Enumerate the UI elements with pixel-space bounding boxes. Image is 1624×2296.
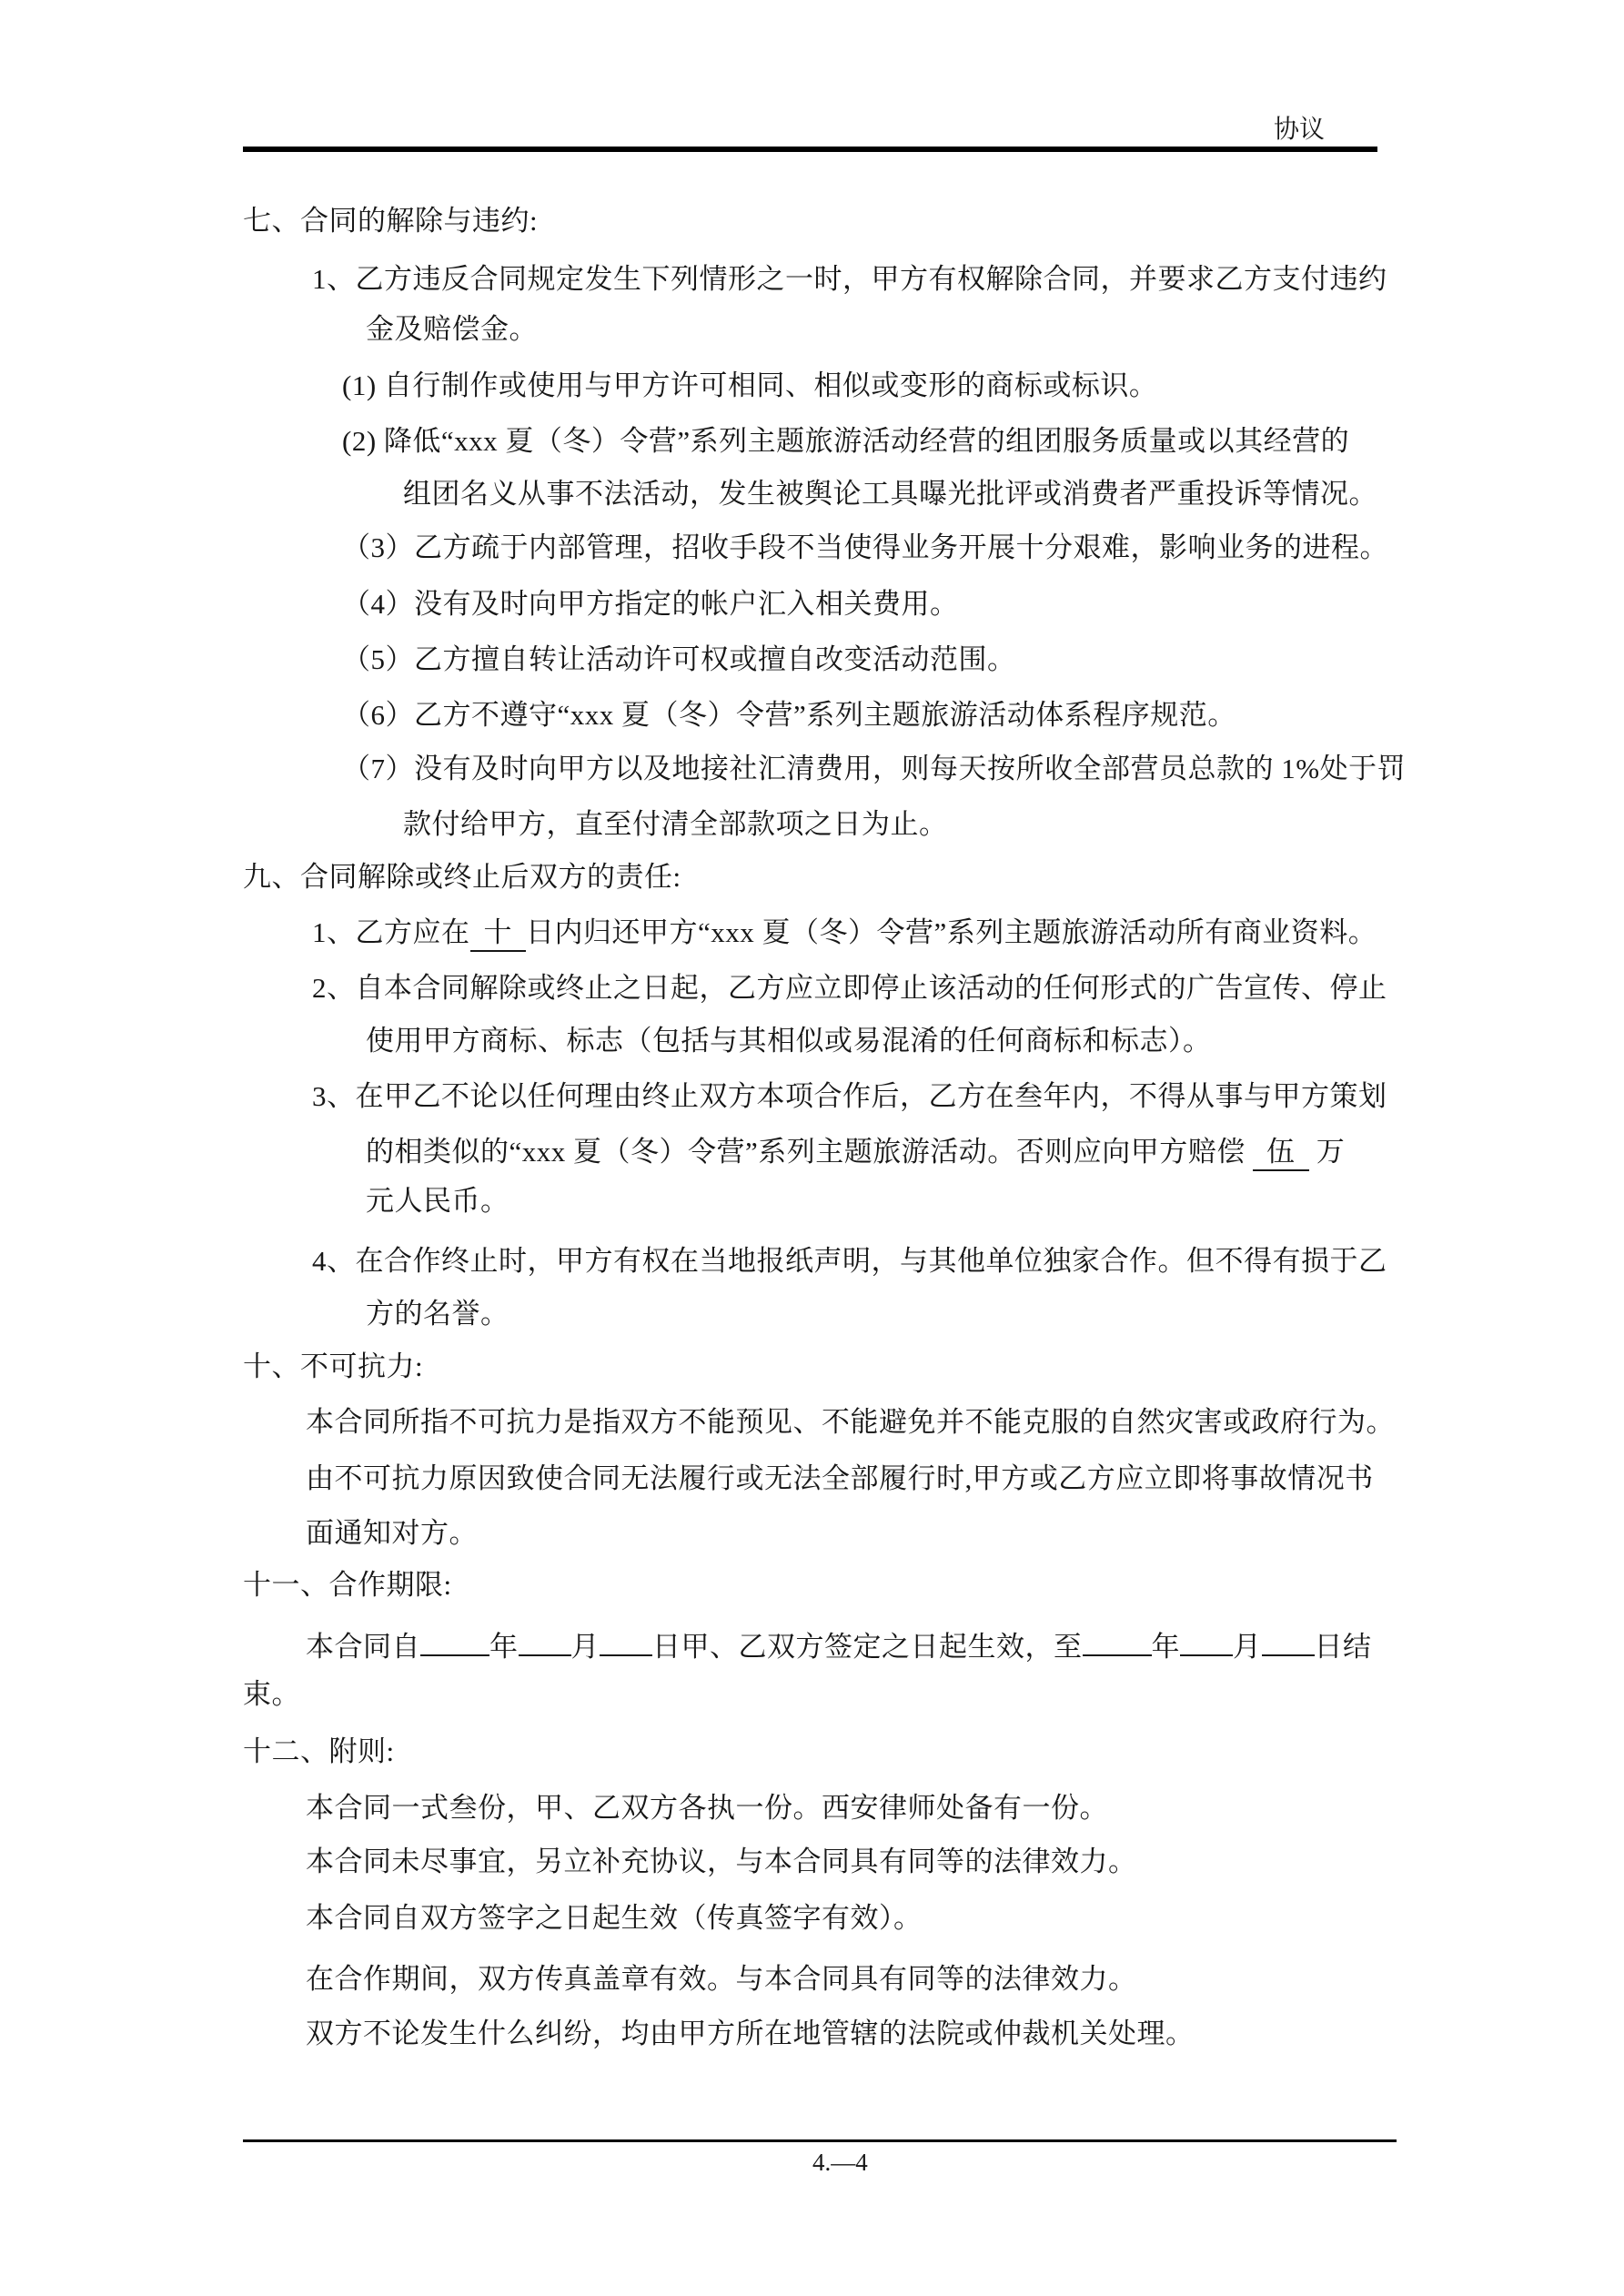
- fill-in-blank: [1083, 1627, 1152, 1656]
- line-segment: 十一、合作期限:: [243, 1569, 452, 1601]
- line-segment: 元人民币。: [366, 1185, 509, 1217]
- document-line: 本合同自双方签字之日起生效（传真签字有效）。: [306, 1901, 923, 1936]
- document-line: 使用甲方商标、标志（包括与其相似或易混淆的任何商标和标志）。: [366, 1024, 1212, 1058]
- document-line: 2、自本合同解除或终止之日起，乙方应立即停止该活动的任何形式的广告宣传、停止: [312, 971, 1387, 1006]
- line-segment: 双方不论发生什么纠纷，均由甲方所在地管辖的法院或仲裁机关处理。: [306, 2018, 1195, 2049]
- line-segment: 十、不可抗力:: [243, 1350, 423, 1382]
- line-segment: 九、合同解除或终止后双方的责任:: [243, 861, 681, 893]
- document-line: 款付给甲方，直至付清全部款项之日为止。: [403, 807, 948, 842]
- line-segment: （6）乙方不遵守“xxx 夏（冬）令营”系列主题旅游活动体系程序规范。: [342, 699, 1236, 731]
- line-segment: 万: [1309, 1136, 1346, 1168]
- document-line: 本合同未尽事宜，另立补充协议，与本合同具有同等的法律效力。: [306, 1845, 1137, 1879]
- document-line: 本合同一式叁份，甲、乙双方各执一份。西安律师处备有一份。: [306, 1791, 1108, 1826]
- line-segment: 本合同自双方签字之日起生效（传真签字有效）。: [306, 1902, 923, 1934]
- line-segment: 面通知对方。: [306, 1517, 478, 1549]
- line-segment: 的相类似的“xxx 夏（冬）令营”系列主题旅游活动。否则应向甲方赔偿: [366, 1136, 1253, 1168]
- document-line: （6）乙方不遵守“xxx 夏（冬）令营”系列主题旅游活动体系程序规范。: [342, 698, 1236, 733]
- line-segment: 金及赔偿金。: [366, 313, 538, 345]
- document-line: （5）乙方擅自转让活动许可权或擅自改变活动范围。: [342, 642, 1016, 677]
- line-segment: 本合同所指不可抗力是指双方不能预见、不能避免并不能克服的自然灾害或政府行为。: [306, 1406, 1395, 1438]
- line-segment: 由不可抗力原因致使合同无法履行或无法全部履行时,甲方或乙方应立即将事故情况书: [306, 1462, 1374, 1494]
- document-line: 组团名义从事不法活动，发生被舆论工具曝光批评或消费者严重投诉等情况。: [403, 477, 1377, 511]
- document-line: 双方不论发生什么纠纷，均由甲方所在地管辖的法院或仲裁机关处理。: [306, 2017, 1195, 2051]
- line-segment: 3、在甲乙不论以任何理由终止双方本项合作后，乙方在叁年内，不得从事与甲方策划: [312, 1080, 1387, 1112]
- line-segment: 束。: [243, 1678, 300, 1710]
- line-segment: （5）乙方擅自转让活动许可权或擅自改变活动范围。: [342, 643, 1016, 675]
- line-segment: 七、合同的解除与违约:: [243, 205, 538, 237]
- document-line: 由不可抗力原因致使合同无法履行或无法全部履行时,甲方或乙方应立即将事故情况书: [306, 1462, 1374, 1496]
- document-line: 在合作期间，双方传真盖章有效。与本合同具有同等的法律效力。: [306, 1962, 1137, 1997]
- document-line: 七、合同的解除与违约:: [243, 204, 538, 238]
- line-segment: (1) 自行制作或使用与甲方许可相同、相似或变形的商标或标识。: [342, 369, 1157, 401]
- underlined-fill-in-value: 十: [470, 915, 527, 952]
- footer-page-number: 4.—4: [812, 2148, 868, 2177]
- footer-rule: [243, 2139, 1397, 2142]
- document-line: （3）乙方疏于内部管理，招收手段不当使得业务开展十分艰难，影响业务的进程。: [342, 531, 1388, 565]
- line-segment: 月: [1233, 1631, 1262, 1663]
- document-line: 十一、合作期限:: [243, 1568, 452, 1603]
- document-line: 束。: [243, 1677, 300, 1712]
- document-line: 1、乙方应在十日内归还甲方“xxx 夏（冬）令营”系列主题旅游活动所有商业资料。: [312, 915, 1377, 952]
- line-segment: 十二、附则:: [243, 1735, 395, 1767]
- line-segment: 年: [489, 1631, 519, 1663]
- document-line: (2) 降低“xxx 夏（冬）令营”系列主题旅游活动经营的组团服务质量或以其经营…: [342, 424, 1349, 459]
- document-line: (1) 自行制作或使用与甲方许可相同、相似或变形的商标或标识。: [342, 369, 1157, 403]
- fill-in-blank: [600, 1627, 652, 1656]
- document-line: （4）没有及时向甲方指定的帐户汇入相关费用。: [342, 587, 959, 622]
- header-rule: [243, 147, 1377, 152]
- line-segment: (2) 降低“xxx 夏（冬）令营”系列主题旅游活动经营的组团服务质量或以其经营…: [342, 425, 1349, 457]
- line-segment: 方的名誉。: [366, 1298, 509, 1330]
- line-segment: 款付给甲方，直至付清全部款项之日为止。: [403, 808, 948, 840]
- line-segment: 使用甲方商标、标志（包括与其相似或易混淆的任何商标和标志）。: [366, 1025, 1212, 1057]
- line-segment: 本合同一式叁份，甲、乙双方各执一份。西安律师处备有一份。: [306, 1792, 1108, 1824]
- document-line: 金及赔偿金。: [366, 312, 538, 347]
- line-segment: 2、自本合同解除或终止之日起，乙方应立即停止该活动的任何形式的广告宣传、停止: [312, 972, 1387, 1004]
- document-line: 1、乙方违反合同规定发生下列情形之一时，甲方有权解除合同，并要求乙方支付违约: [312, 262, 1387, 297]
- line-segment: （4）没有及时向甲方指定的帐户汇入相关费用。: [342, 588, 959, 620]
- line-segment: 日甲、乙双方签定之日起生效，至: [652, 1631, 1083, 1663]
- document-line: 本合同自年月日甲、乙双方签定之日起生效，至年月日结: [306, 1627, 1372, 1664]
- document-line: 元人民币。: [366, 1184, 509, 1219]
- line-segment: 年: [1152, 1631, 1181, 1663]
- document-line: 本合同所指不可抗力是指双方不能预见、不能避免并不能克服的自然灾害或政府行为。: [306, 1405, 1395, 1440]
- line-segment: （7）没有及时向甲方以及地接社汇清费用，则每天按所收全部营员总款的 1%处于罚: [342, 753, 1406, 784]
- fill-in-blank: [519, 1627, 571, 1656]
- document-line: 的相类似的“xxx 夏（冬）令营”系列主题旅游活动。否则应向甲方赔偿 伍 万: [366, 1135, 1345, 1171]
- line-segment: 日结: [1315, 1631, 1372, 1663]
- document-line: 十二、附则:: [243, 1735, 395, 1769]
- line-segment: （3）乙方疏于内部管理，招收手段不当使得业务开展十分艰难，影响业务的进程。: [342, 531, 1388, 563]
- line-segment: 1、乙方违反合同规定发生下列情形之一时，甲方有权解除合同，并要求乙方支付违约: [312, 263, 1387, 295]
- line-segment: 月: [571, 1631, 600, 1663]
- fill-in-blank: [1180, 1627, 1233, 1656]
- fill-in-blank: [420, 1627, 489, 1656]
- contract-page: 协议 七、合同的解除与违约:1、乙方违反合同规定发生下列情形之一时，甲方有权解除…: [0, 0, 1624, 2296]
- line-segment: 日内归还甲方“xxx 夏（冬）令营”系列主题旅游活动所有商业资料。: [526, 916, 1377, 948]
- document-line: 面通知对方。: [306, 1516, 478, 1551]
- line-segment: 4、在合作终止时，甲方有权在当地报纸声明，与其他单位独家合作。但不得有损于乙: [312, 1245, 1387, 1277]
- document-line: （7）没有及时向甲方以及地接社汇清费用，则每天按所收全部营员总款的 1%处于罚: [342, 752, 1406, 786]
- document-line: 九、合同解除或终止后双方的责任:: [243, 860, 681, 895]
- line-segment: 组团名义从事不法活动，发生被舆论工具曝光批评或消费者严重投诉等情况。: [403, 478, 1377, 510]
- fill-in-blank: [1262, 1627, 1315, 1656]
- line-segment: 本合同未尽事宜，另立补充协议，与本合同具有同等的法律效力。: [306, 1846, 1137, 1877]
- document-line: 3、在甲乙不论以任何理由终止双方本项合作后，乙方在叁年内，不得从事与甲方策划: [312, 1079, 1387, 1114]
- document-line: 方的名誉。: [366, 1297, 509, 1331]
- page-header-title: 协议: [1274, 115, 1328, 146]
- document-line: 十、不可抗力:: [243, 1350, 423, 1384]
- line-segment: 在合作期间，双方传真盖章有效。与本合同具有同等的法律效力。: [306, 1963, 1137, 1995]
- underlined-fill-in-value: 伍: [1253, 1135, 1309, 1171]
- document-line: 4、在合作终止时，甲方有权在当地报纸声明，与其他单位独家合作。但不得有损于乙: [312, 1244, 1387, 1279]
- line-segment: 本合同自: [306, 1631, 420, 1663]
- line-segment: 1、乙方应在: [312, 916, 470, 948]
